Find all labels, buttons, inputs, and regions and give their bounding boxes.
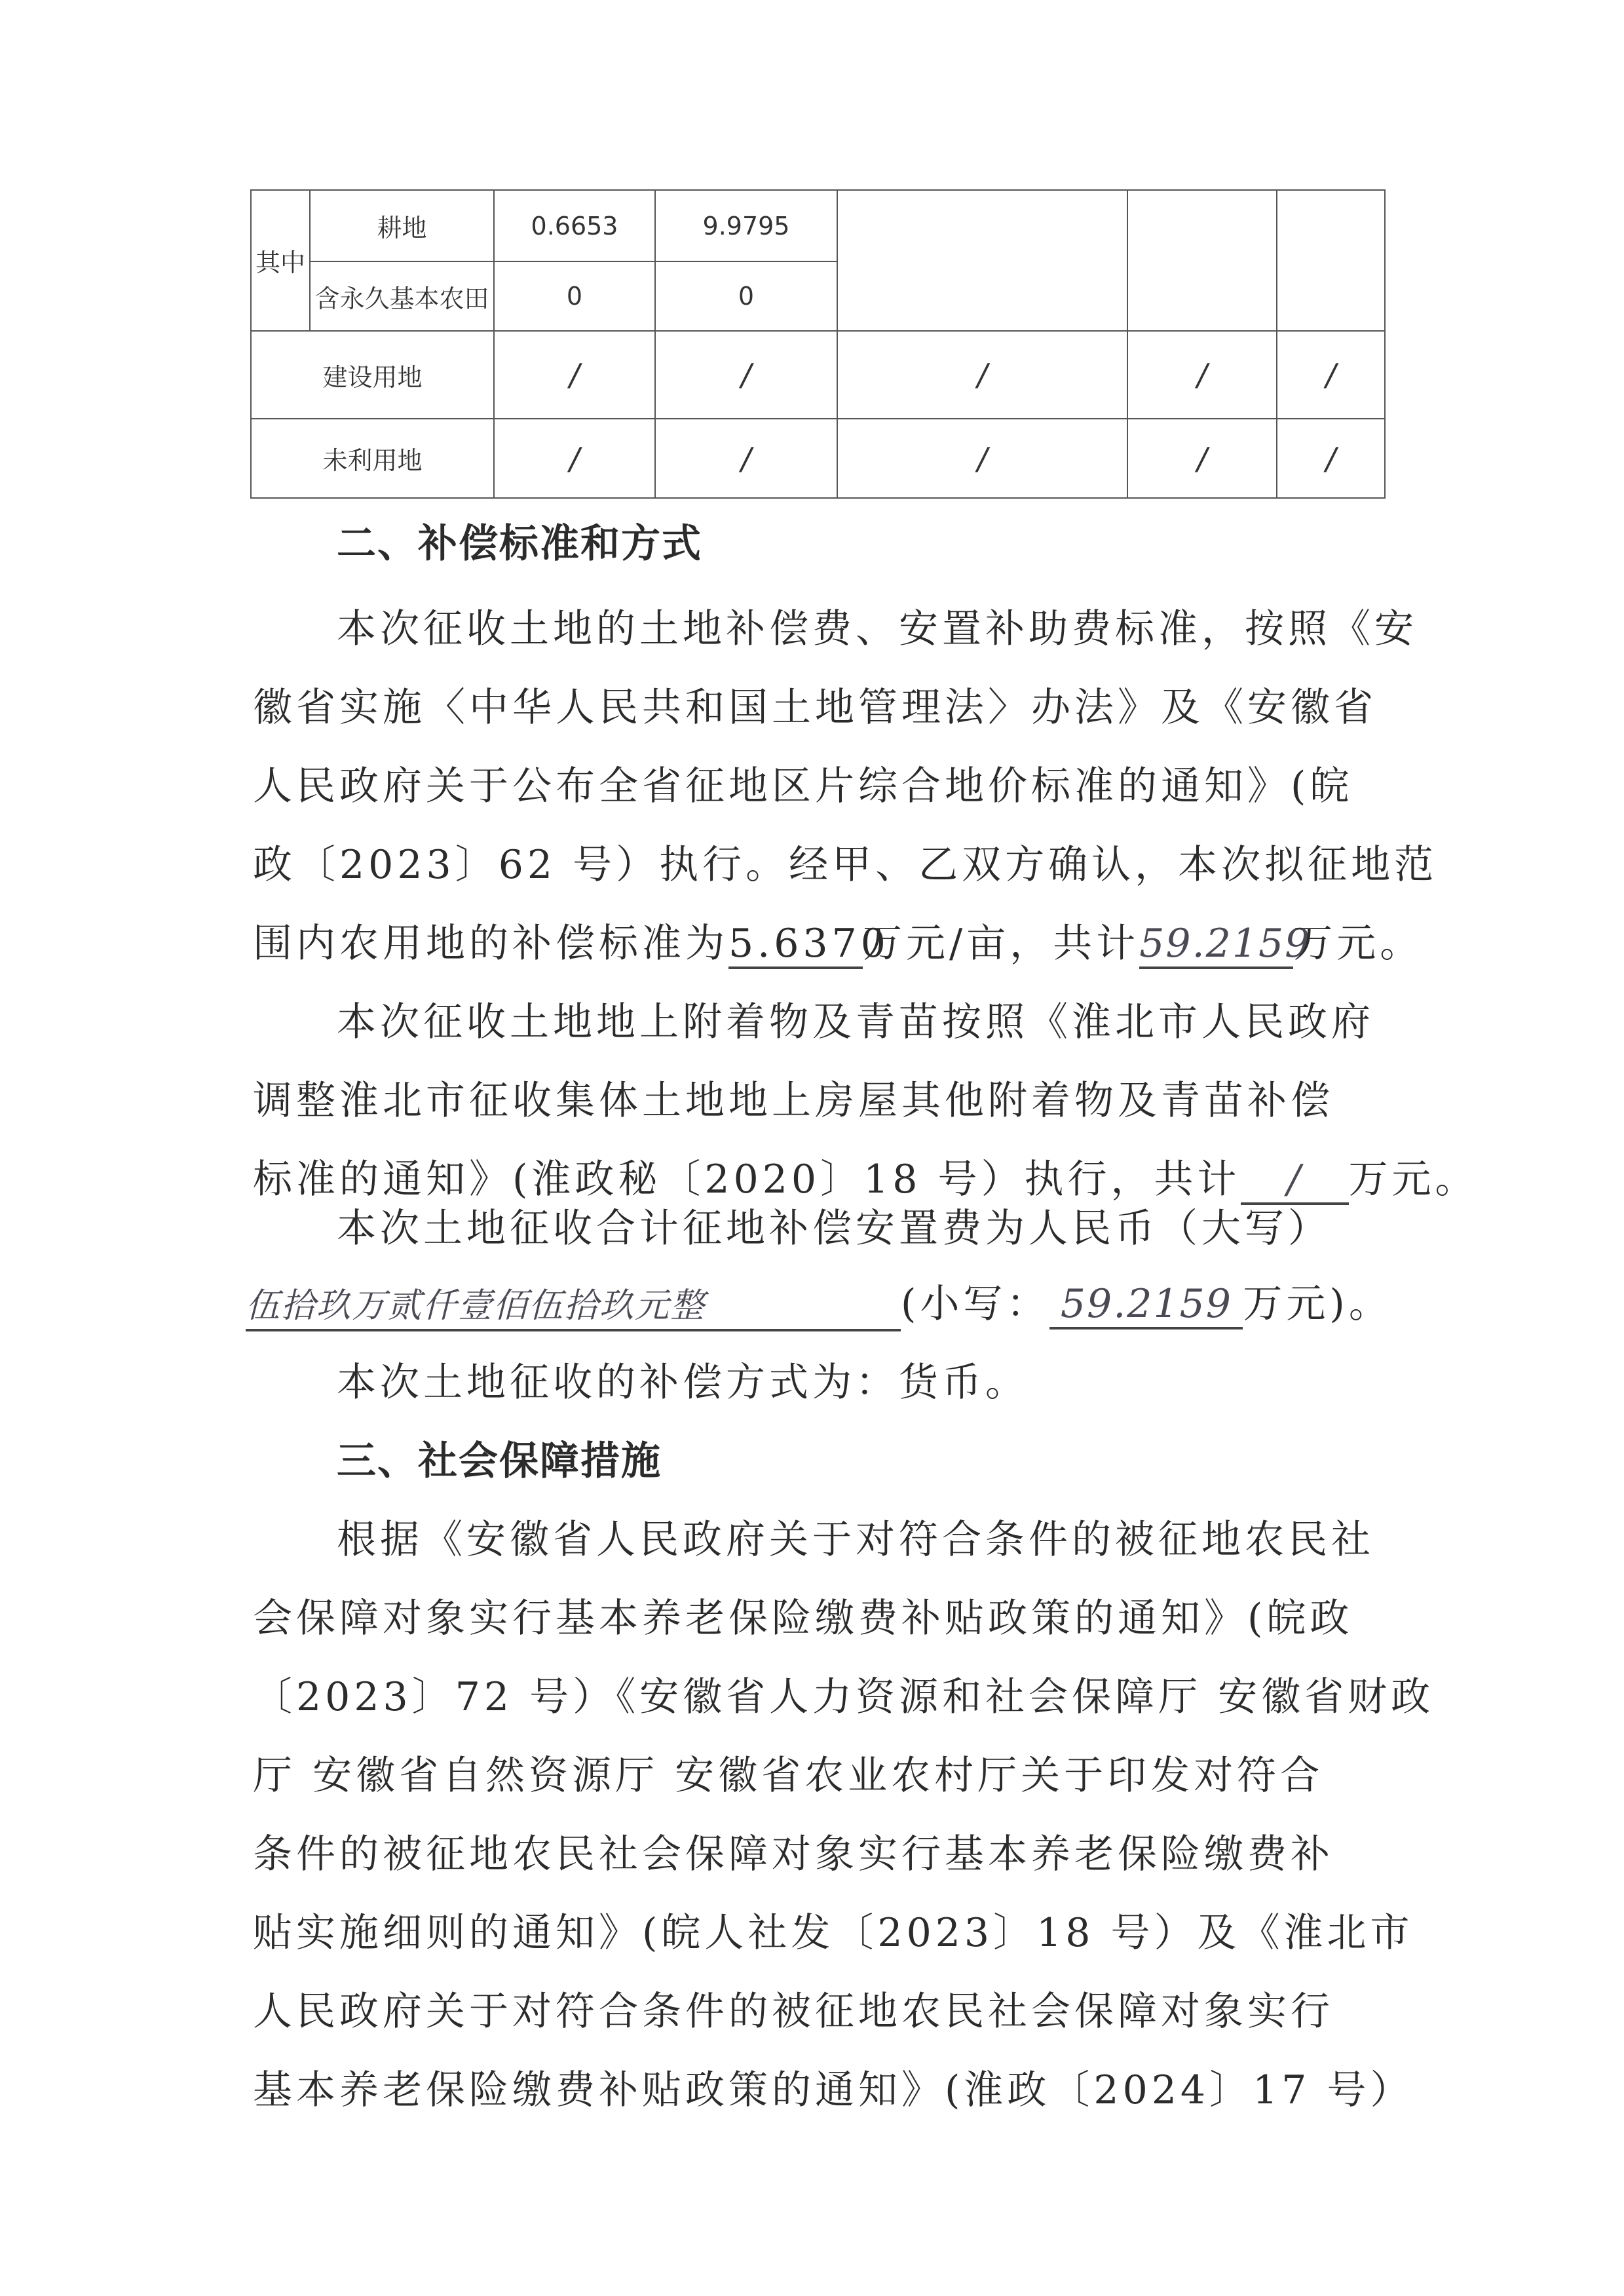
- section-label-text: 其中: [255, 242, 305, 278]
- table-cell-row4-mu: /: [654, 418, 838, 499]
- section-heading-social-security: 三、社会保障措施: [337, 1435, 1477, 1487]
- row-label: 耕地: [377, 208, 426, 244]
- paragraph-line-attachments: 标准的通知》(淮政秘〔2020〕18 号）执行，共计/万元。: [253, 1153, 1393, 1206]
- cell-value: 0: [567, 282, 582, 311]
- paragraph-line: 厅 安徽省自然资源厅 安徽省农业农村厅关于印发对符合: [253, 1750, 1393, 1802]
- cell-value: /: [1197, 441, 1207, 476]
- table-cell-section-label: 其中: [250, 189, 311, 332]
- paragraph-line: 政〔2023〕62 号）执行。经甲、乙双方确认，本次拟征地范: [253, 839, 1393, 891]
- paragraph-line: 调整淮北市征收集体土地地上房屋其他附着物及青苗补偿: [253, 1075, 1393, 1127]
- cell-value: 0.6653: [531, 212, 618, 240]
- table-cell-row2-label: 含永久基本农田: [309, 261, 495, 332]
- row-label: 建设用地: [322, 357, 422, 393]
- cell-value: /: [569, 357, 580, 392]
- cell-value: /: [569, 441, 580, 476]
- compensation-standard-value: 5.6370: [728, 921, 863, 969]
- table-cell-row4-hectare: /: [493, 418, 656, 499]
- handwritten-amount-small: 59.2159: [1049, 1281, 1243, 1330]
- table-cell-row4-c4: /: [1127, 418, 1277, 499]
- paragraph-line: 本次征收土地的土地补偿费、安置补助费标准，按照《安: [337, 603, 1477, 655]
- text: (小写：: [901, 1281, 1049, 1327]
- table-cell-row3-hectare: /: [493, 330, 656, 419]
- table-cell-empty: [837, 189, 1128, 332]
- table-cell-row4-c3: /: [837, 418, 1128, 499]
- paragraph-line: 人民政府关于对符合条件的被征地农民社会保障对象实行: [253, 1985, 1393, 2038]
- paragraph-line: 贴实施细则的通知》(皖人社发〔2023〕18 号）及《淮北市: [253, 1907, 1393, 1959]
- cell-value: /: [977, 441, 988, 476]
- paragraph-line-method: 本次土地征收的补偿方式为：货币。: [337, 1356, 1477, 1409]
- cell-value: /: [977, 357, 988, 392]
- paragraph-line: 基本养老保险缴费补贴政策的通知》(淮政〔2024〕17 号）: [253, 2064, 1393, 2116]
- table-cell-row3-label: 建设用地: [250, 330, 495, 419]
- paragraph-line-total-amount: 伍拾玖万贰仟壹佰伍拾玖元整(小写：59.2159万元)。: [246, 1278, 1386, 1331]
- paragraph-line-standard: 围内农用地的补偿标准为5.6370万元/亩，共计59.2159万元。: [253, 917, 1393, 970]
- table-cell-row4-label: 未利用地: [250, 418, 495, 499]
- text: 万元)。: [1243, 1281, 1391, 1327]
- table-cell-row2-mu: 0: [654, 261, 838, 332]
- table-cell-row2-hectare: 0: [493, 261, 656, 332]
- cell-value: /: [1197, 357, 1207, 392]
- paragraph-line: 条件的被征地农民社会保障对象实行基本养老保险缴费补: [253, 1828, 1393, 1881]
- paragraph-line: 人民政府关于公布全省征地区片综合地价标准的通知》(皖: [253, 760, 1393, 813]
- cell-value: /: [741, 441, 751, 476]
- table-cell-empty: [1276, 189, 1386, 332]
- cell-value: /: [1326, 441, 1336, 476]
- handwritten-attachments: /: [1241, 1157, 1349, 1205]
- table-cell-row1-mu: 9.9795: [654, 189, 838, 262]
- section-heading-compensation: 二、补偿标准和方式: [337, 518, 1477, 570]
- paragraph-line: 〔2023〕72 号）《安徽省人力资源和社会保障厅 安徽省财政: [253, 1671, 1393, 1723]
- table-cell-row3-c5: /: [1276, 330, 1386, 419]
- table-cell-row4-c5: /: [1276, 418, 1386, 499]
- land-table: 其中 耕地 0.6653 9.9795 含永久基本农田 0 0 建设用地 / /…: [250, 189, 1386, 499]
- table-cell-row3-c3: /: [837, 330, 1128, 419]
- cell-value: /: [1326, 357, 1336, 392]
- cell-value: 9.9795: [703, 212, 790, 240]
- table-cell-row1-label: 耕地: [309, 189, 495, 262]
- table-cell-row3-mu: /: [654, 330, 838, 419]
- text: 万元。: [1349, 1157, 1479, 1202]
- paragraph-line: 会保障对象实行基本养老保险缴费补贴政策的通知》(皖政: [253, 1592, 1393, 1645]
- table-cell-row1-hectare: 0.6653: [493, 189, 656, 262]
- document-page: 其中 耕地 0.6653 9.9795 含永久基本农田 0 0 建设用地 / /…: [0, 0, 1624, 2296]
- text: 围内农用地的补偿标准为: [253, 921, 728, 966]
- text: 万元/亩，共计: [863, 921, 1139, 966]
- handwritten-total: 59.2159: [1139, 921, 1293, 969]
- handwritten-amount-uppercase: 伍拾玖万贰仟壹佰伍拾玖元整: [246, 1283, 901, 1331]
- text: 标准的通知》(淮政秘〔2020〕18 号）执行，共计: [253, 1157, 1241, 1202]
- paragraph-line: 根据《安徽省人民政府关于对符合条件的被征地农民社: [337, 1514, 1477, 1566]
- paragraph-line: 本次征收土地地上附着物及青苗按照《淮北市人民政府: [337, 996, 1477, 1048]
- row-label: 含永久基本农田: [314, 278, 489, 315]
- paragraph-line: 本次土地征收合计征地补偿安置费为人民币（大写）: [337, 1202, 1477, 1255]
- table-cell-empty: [1127, 189, 1277, 332]
- cell-value: 0: [738, 282, 754, 311]
- text: 万元。: [1293, 921, 1423, 966]
- table-cell-row3-c4: /: [1127, 330, 1277, 419]
- row-label: 未利用地: [322, 440, 422, 476]
- cell-value: /: [741, 357, 751, 392]
- paragraph-line: 徽省实施〈中华人民共和国土地管理法〉办法》及《安徽省: [253, 681, 1393, 734]
